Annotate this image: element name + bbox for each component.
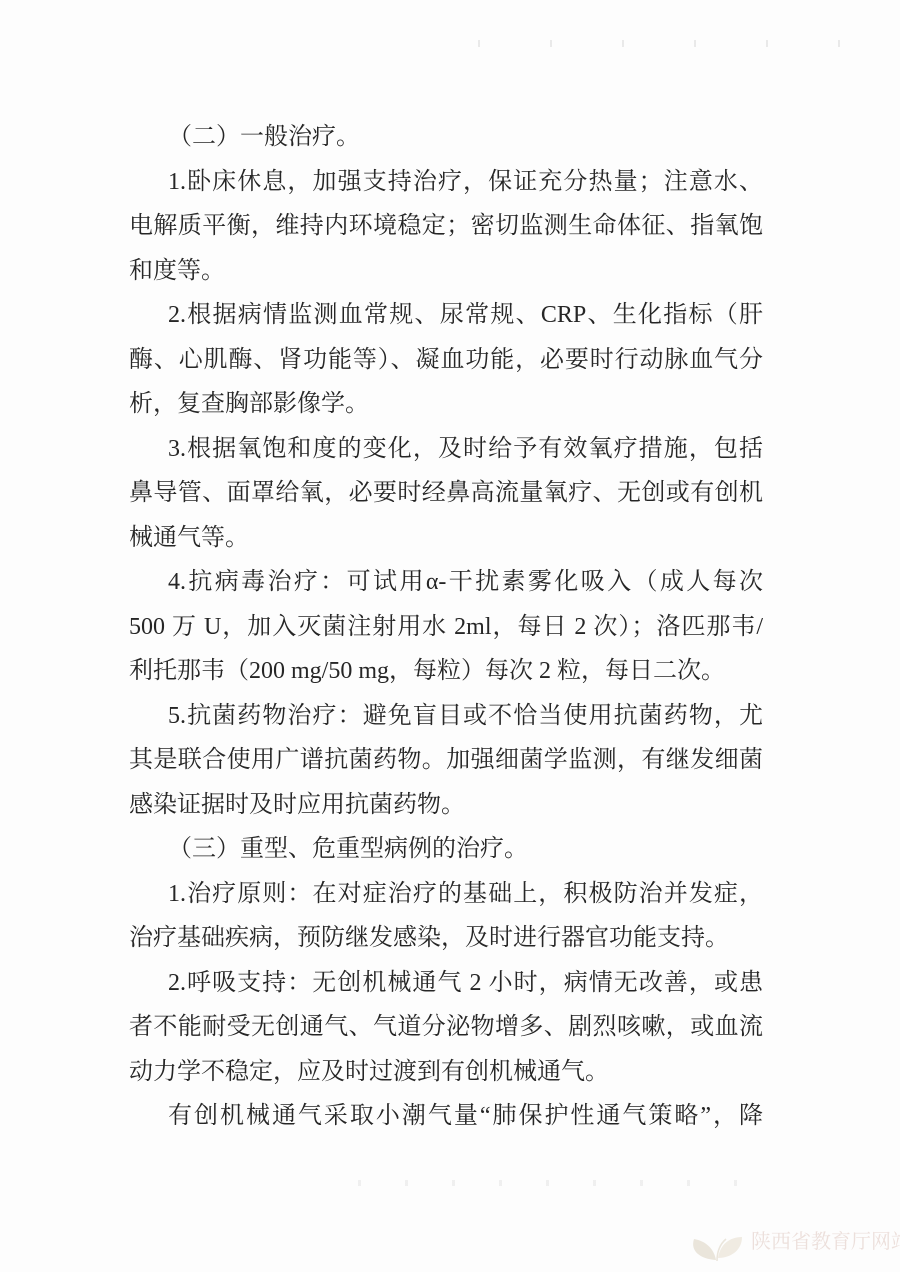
doc-line: 500 万 U，加入灭菌注射用水 2ml，每日 2 次）；洛匹那韦/: [129, 605, 763, 650]
paragraph: （三）重型、危重型病例的治疗。: [129, 827, 763, 872]
doc-line: 感染证据时及时应用抗菌药物。: [129, 783, 763, 828]
paragraph: 3.根据氧饱和度的变化，及时给予有效氧疗措施，包括 鼻导管、面罩给氧，必要时经鼻…: [129, 427, 763, 561]
paragraph: 4.抗病毒治疗：可试用α-干扰素雾化吸入（成人每次 500 万 U，加入灭菌注射…: [129, 560, 763, 694]
doc-line: 其是联合使用广谱抗菌药物。加强细菌学监测，有继发细菌: [129, 738, 763, 783]
section-heading: （三）重型、危重型病例的治疗。: [129, 827, 763, 872]
doc-line: 者不能耐受无创通气、气道分泌物增多、剧烈咳嗽，或血流: [129, 1005, 763, 1050]
doc-line: 治疗基础疾病，预防继发感染，及时进行器官功能支持。: [129, 916, 763, 961]
paragraph: 有创机械通气采取小潮气量“肺保护性通气策略”，降: [129, 1094, 763, 1139]
paragraph: （二）一般治疗。: [129, 115, 763, 160]
doc-line: 鼻导管、面罩给氧，必要时经鼻高流量氧疗、无创或有创机: [129, 471, 763, 516]
sprout-leaf-icon: [688, 1216, 746, 1262]
section-heading: （二）一般治疗。: [129, 115, 763, 160]
doc-line: 酶、心肌酶、肾功能等）、凝血功能，必要时行动脉血气分: [129, 338, 763, 383]
document-page: （二）一般治疗。 1.卧床休息，加强支持治疗，保证充分热量；注意水、 电解质平衡…: [0, 0, 900, 1272]
document-body: （二）一般治疗。 1.卧床休息，加强支持治疗，保证充分热量；注意水、 电解质平衡…: [129, 115, 763, 1139]
doc-line: 利托那韦（200 mg/50 mg，每粒）每次 2 粒，每日二次。: [129, 649, 763, 694]
scan-artifact-row-bottom: [358, 1180, 750, 1186]
scan-artifact-row-top: [478, 40, 900, 47]
paragraph: 1.卧床休息，加强支持治疗，保证充分热量；注意水、 电解质平衡，维持内环境稳定；…: [129, 160, 763, 294]
paragraph: 1.治疗原则：在对症治疗的基础上，积极防治并发症， 治疗基础疾病，预防继发感染，…: [129, 872, 763, 961]
doc-line: 析，复查胸部影像学。: [129, 382, 763, 427]
paragraph: 2.呼吸支持：无创机械通气 2 小时，病情无改善，或患 者不能耐受无创通气、气道…: [129, 961, 763, 1095]
watermark: 陕西省教育厅网站: [688, 1216, 900, 1262]
doc-line: 1.卧床休息，加强支持治疗，保证充分热量；注意水、: [129, 160, 763, 205]
doc-line: 2.呼吸支持：无创机械通气 2 小时，病情无改善，或患: [129, 961, 763, 1006]
doc-line: 2.根据病情监测血常规、尿常规、CRP、生化指标（肝: [129, 293, 763, 338]
doc-line: 有创机械通气采取小潮气量“肺保护性通气策略”，降: [129, 1094, 763, 1139]
watermark-text: 陕西省教育厅网站: [751, 1225, 900, 1254]
doc-line: 电解质平衡，维持内环境稳定；密切监测生命体征、指氧饱: [129, 204, 763, 249]
doc-line: 动力学不稳定，应及时过渡到有创机械通气。: [129, 1050, 763, 1095]
paragraph: 2.根据病情监测血常规、尿常规、CRP、生化指标（肝 酶、心肌酶、肾功能等）、凝…: [129, 293, 763, 427]
doc-line: 械通气等。: [129, 516, 763, 561]
doc-line: 3.根据氧饱和度的变化，及时给予有效氧疗措施，包括: [129, 427, 763, 472]
paragraph: 5.抗菌药物治疗：避免盲目或不恰当使用抗菌药物，尤 其是联合使用广谱抗菌药物。加…: [129, 694, 763, 828]
doc-line: 和度等。: [129, 249, 763, 294]
doc-line: 5.抗菌药物治疗：避免盲目或不恰当使用抗菌药物，尤: [129, 694, 763, 739]
doc-line: 1.治疗原则：在对症治疗的基础上，积极防治并发症，: [129, 872, 763, 917]
doc-line: 4.抗病毒治疗：可试用α-干扰素雾化吸入（成人每次: [129, 560, 763, 605]
